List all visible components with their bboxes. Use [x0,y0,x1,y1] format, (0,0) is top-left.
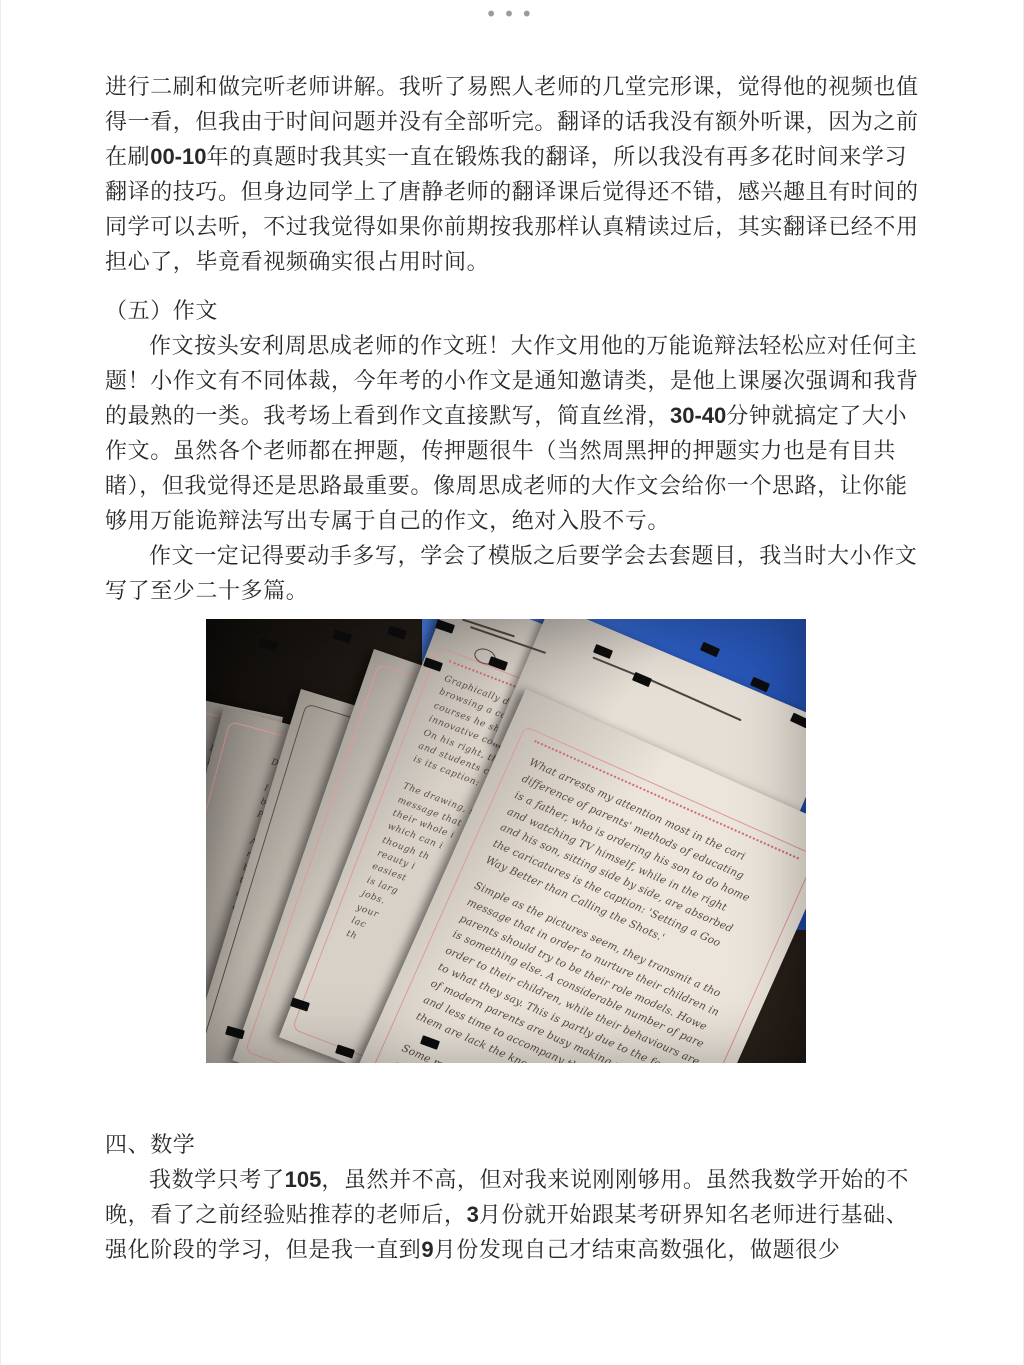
year-range: 00-10 [150,144,206,169]
more-options-icon[interactable]: ••• [1,2,1023,26]
section-heading-essay: （五）作文 [105,293,919,328]
paragraph-essay-class: 作文按头安利周思成老师的作文班！大作文用他的万能诡辩法轻松应对任何主题！小作文有… [105,328,919,538]
paragraph-english-review: 进行二刷和做完听老师讲解。我听了易熙人老师的几堂完形课，觉得他的视频也值得一看，… [105,69,919,279]
minutes-range: 30-40 [670,403,726,428]
redaction-mark [258,638,278,652]
article-page: ••• 进行二刷和做完听老师讲解。我听了易熙人老师的几堂完形课，觉得他的视频也值… [0,0,1024,1365]
redaction-mark [387,625,407,639]
paragraph-text: 我数学只考了 [149,1167,285,1192]
article-body: 进行二刷和做完听老师讲解。我听了易熙人老师的几堂完形课，觉得他的视频也值得一看，… [105,69,919,1267]
paragraph-essay-practice: 作文一定记得要动手多写，学会了模版之后要学会去套题目，我当时大小作文写了至少二十… [105,538,919,608]
paragraph-text: 月份发现自己才结束高数强化，做题很少 [434,1237,841,1262]
redaction-mark [332,630,352,644]
handwritten-essays-photo[interactable]: Dear mem How's ev host our travel Travel… [206,619,806,1063]
paragraph-text: 年的真题时我其实一直在锻炼我的翻译，所以我没有再多花时间来学习翻译的技巧。但身边… [105,144,919,274]
paragraph-math: 我数学只考了105，虽然并不高，但对我来说刚刚够用。虽然我数学开始的不晚，看了之… [105,1162,919,1267]
month-number: 9 [421,1237,433,1262]
month-number: 3 [467,1202,479,1227]
section-heading-math: 四、数学 [105,1127,919,1162]
math-score: 105 [285,1167,322,1192]
